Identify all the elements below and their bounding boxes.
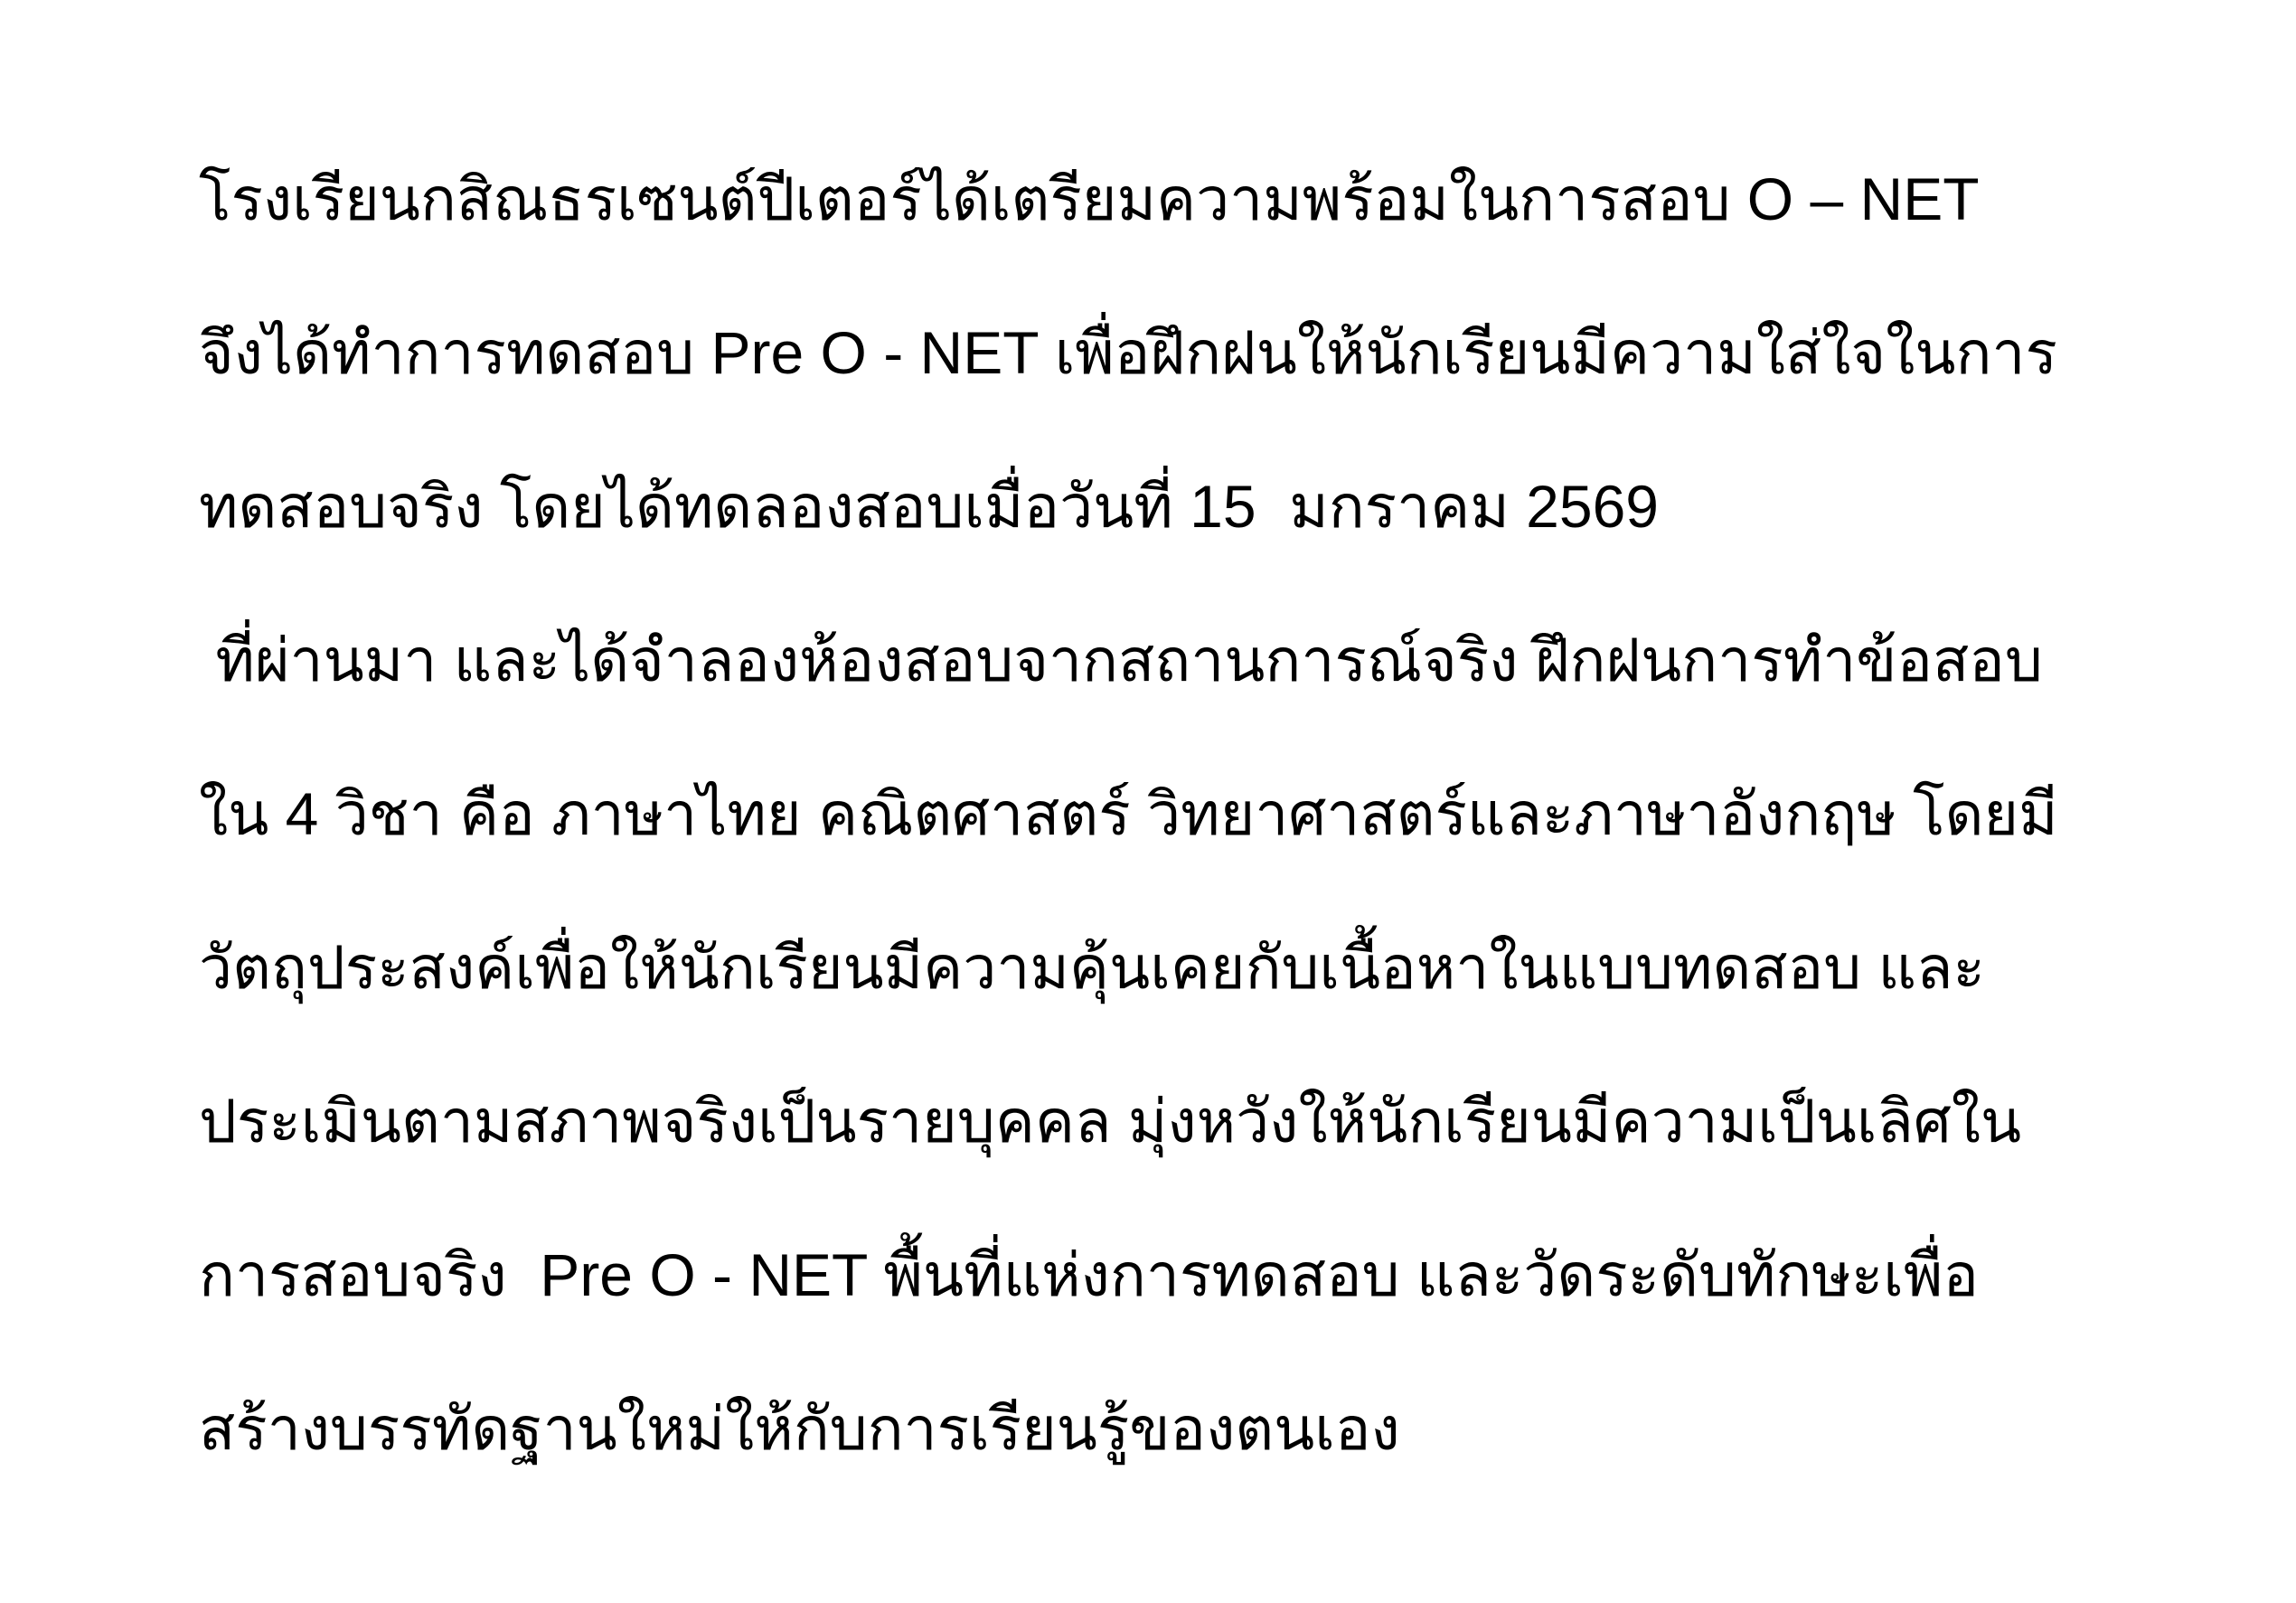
text-line-7: ประเมินตามสภาพจริงเป็นรายบุคคล มุ่งหวังใ… [199,1044,2025,1198]
text-line-3: ทดสอบจริง โดยได้ทดลองสอบเมื่อวันที่ 15 ม… [199,429,2025,583]
text-line-6: วัตถุประสงค์เพื่อให้นักเรียนมีความคุ้นเค… [199,891,2025,1044]
text-line-2: จึงได้ทำการทดสอบ Pre O - NET เพื่อฝึกฝนใ… [199,276,2025,429]
text-line-8: การสอบจริง Pre O - NET พื้นที่แห่งการทดส… [199,1198,2025,1352]
text-line-1: โรงเรียนกสิณธรเซนต์ปีเตอร์ได้เตรียมความพ… [199,122,2025,276]
text-line-5: ใน 4 วิชา คือ ภาษาไทย คณิตศาสตร์ วิทยาศา… [199,737,2025,891]
text-line-9: สร้างบรรทัดฐานใหม่ให้กับการเรียนรู้ของตน… [199,1352,2025,1505]
document-page: โรงเรียนกสิณธรเซนต์ปีเตอร์ได้เตรียมความพ… [0,0,2296,1603]
paragraph-block: โรงเรียนกสิณธรเซนต์ปีเตอร์ได้เตรียมความพ… [199,122,2025,1505]
text-line-4: ที่ผ่านมา และได้จำลองห้องสอบจากสถานการณ์… [199,583,2025,737]
